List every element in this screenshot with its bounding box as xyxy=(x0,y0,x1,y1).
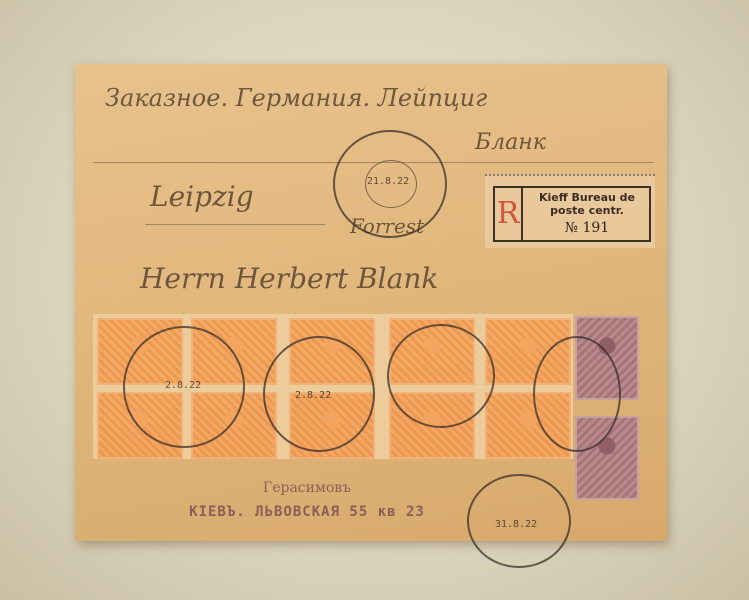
handwritten-addressee: Herrn Herbert Blank xyxy=(140,262,438,295)
handwritten-routing-line: Заказное. Германия. Лейпциг xyxy=(105,84,487,112)
registration-office: Kieff Bureau de poste centr. xyxy=(525,191,649,217)
postmark-date: 31.8.22 xyxy=(495,519,537,530)
postmark-date: 2.8.22 xyxy=(165,380,201,391)
postmark-date: 2.8.22 xyxy=(295,390,331,401)
registration-label: R Kieff Bureau de poste centr. № 191 xyxy=(485,174,655,248)
registration-letter: R xyxy=(495,188,523,240)
postmark-date: 21.8.22 xyxy=(367,176,409,187)
registration-number: № 191 xyxy=(525,220,649,236)
city-rule xyxy=(145,224,325,225)
handwritten-name-line: Бланк xyxy=(475,130,546,155)
postmark-kiev-4 xyxy=(533,336,621,452)
sender-address: КІЕВЪ. ЛЬВОВСКАЯ 55 кв 23 xyxy=(75,504,539,520)
sender-name: Герасимовъ xyxy=(75,480,539,496)
registration-box: R Kieff Bureau de poste centr. № 191 xyxy=(493,186,651,242)
handwritten-city: Leipzig xyxy=(150,180,254,213)
envelope: Заказное. Германия. Лейпциг Бланк Leipzi… xyxy=(75,64,667,541)
postmark-kiev-3 xyxy=(387,324,495,428)
